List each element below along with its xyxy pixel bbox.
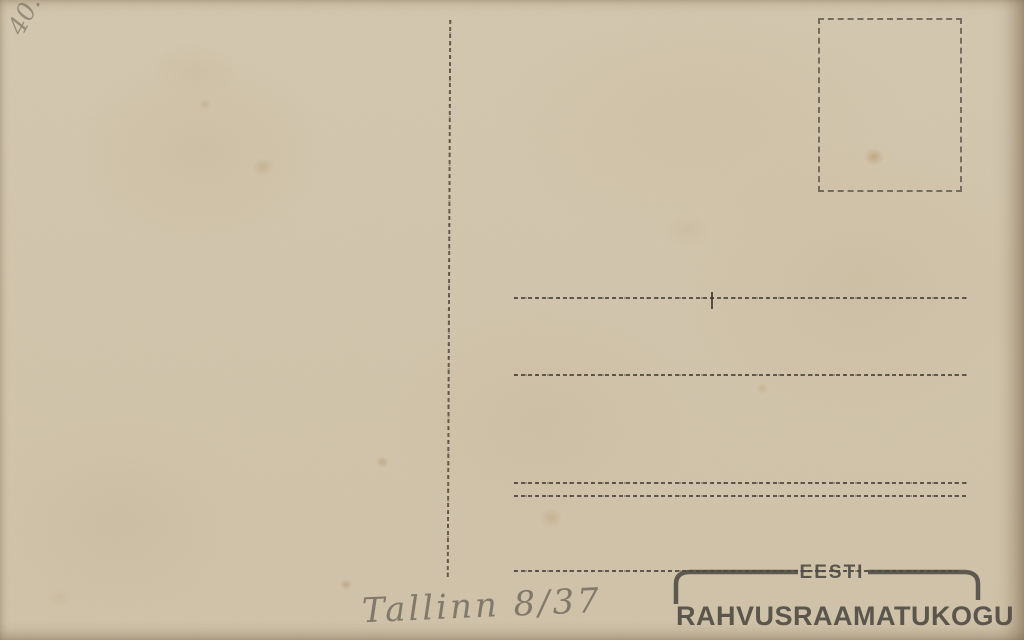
address-line-1-tick	[711, 292, 713, 309]
divider-line	[447, 20, 451, 577]
stain-spot	[252, 158, 274, 176]
address-line-3a	[514, 482, 969, 484]
pencil-note: 40.	[2, 0, 46, 40]
stain-smudge	[664, 212, 712, 248]
stain-spot	[756, 383, 768, 394]
stain-spot	[198, 98, 212, 110]
address-line-2	[514, 374, 969, 376]
address-line-3b	[514, 495, 966, 497]
stain-smudge	[150, 40, 240, 100]
postcard-back: 40. EESTI RAHVUSRAAMATUKOGU Tallinn 8/37	[0, 0, 1024, 640]
stamp-text-eesti: EESTI	[792, 562, 872, 584]
stain-spot	[376, 456, 389, 468]
stain-spot	[46, 588, 72, 608]
stain-spot	[540, 508, 562, 528]
address-line-1	[514, 297, 968, 299]
handwritten-note: Tallinn 8/37	[361, 581, 602, 631]
stamp-box	[818, 18, 962, 192]
stain-spot	[340, 579, 352, 590]
stamp-text-rahvusraamatukogu: RAHVUSRAAMATUKOGU	[676, 602, 1006, 631]
